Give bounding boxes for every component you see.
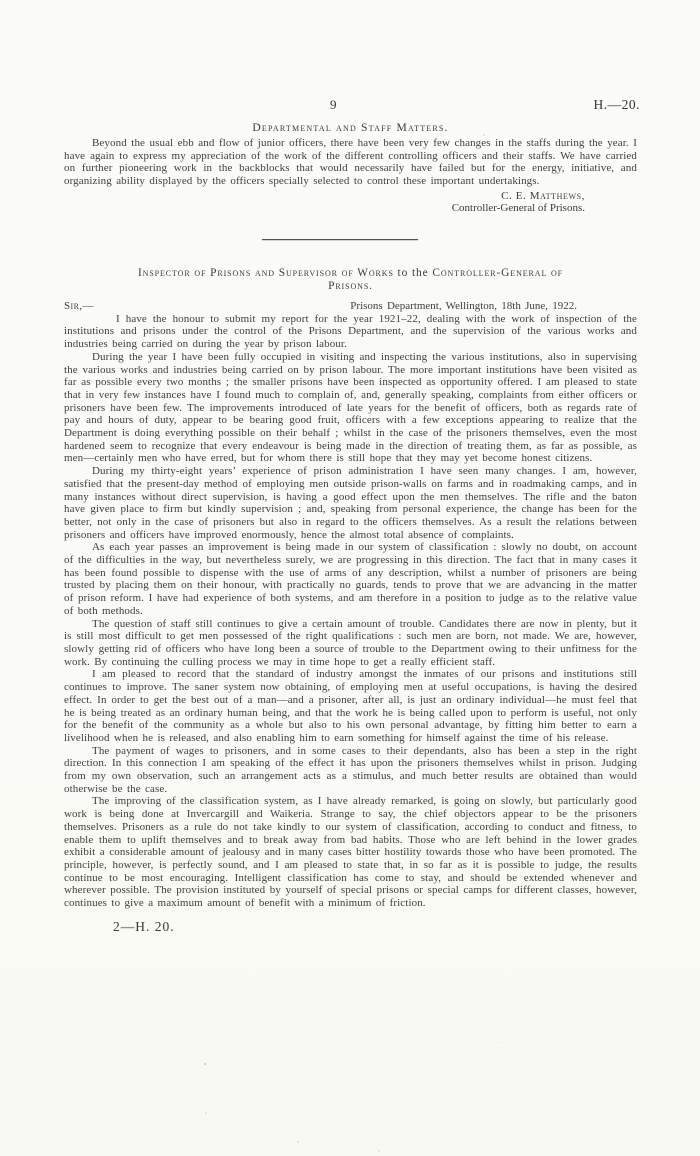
signature-name: C. E. Matthews, <box>64 190 585 203</box>
letter-paragraph-5: The question of staff still continues to… <box>64 618 637 669</box>
letter-paragraph-2: During the year I have been fully occupi… <box>64 351 637 465</box>
salutation-dateline-row: Sir,— Prisons Department, Wellington, 18… <box>64 300 637 313</box>
letter-paragraph-1: I have the honour to submit my report fo… <box>64 313 637 351</box>
salutation: Sir,— <box>64 300 94 313</box>
section-heading-departmental-staff-matters: Departmental and Staff Matters. <box>64 121 637 134</box>
letter-paragraph-7: The payment of wages to prisoners, and i… <box>64 745 637 796</box>
heading-caps-part2: Controller-General of <box>432 267 563 279</box>
paragraph-staff-changes: Beyond the usual ebb and flow of junior … <box>64 137 637 188</box>
page-content: Departmental and Staff Matters. Beyond t… <box>64 121 637 935</box>
section-heading-inspector-report: Inspector of Prisons and Supervisor of W… <box>64 267 637 293</box>
document-reference: H.—20. <box>594 97 641 113</box>
dateline: Prisons Department, Wellington, 18th Jun… <box>350 300 577 313</box>
scan-speck <box>297 1141 299 1143</box>
scanned-report-page: 9 H.—20. Departmental and Staff Matters.… <box>0 0 700 1156</box>
letter-paragraph-3: During my thirty-eight years’ experience… <box>64 465 637 541</box>
heading-line-2: Prisons. <box>64 280 637 293</box>
page-number: 9 <box>330 97 337 113</box>
footer-signature-mark: 2—H. 20. <box>113 919 637 935</box>
letter-paragraph-4: As each year passes an improvement is be… <box>64 541 637 617</box>
scan-speck <box>497 1042 499 1043</box>
letter-paragraph-6: I am pleased to record that the standard… <box>64 668 637 744</box>
scan-speck <box>204 1063 206 1065</box>
signature-block: C. E. Matthews, Controller-General of Pr… <box>64 190 585 215</box>
heading-line-1: Inspector of Prisons and Supervisor of W… <box>64 267 637 280</box>
letter-paragraph-8: The improving of the classification syst… <box>64 795 637 909</box>
scan-speck <box>483 134 485 136</box>
section-divider-rule <box>262 239 418 240</box>
signature-title: Controller-General of Prisons. <box>64 202 585 215</box>
scan-speck <box>205 1112 207 1114</box>
heading-plain-part: to the <box>394 267 433 279</box>
heading-caps-part1: Inspector of Prisons and Supervisor of W… <box>138 267 394 279</box>
scan-speck <box>378 1150 380 1152</box>
